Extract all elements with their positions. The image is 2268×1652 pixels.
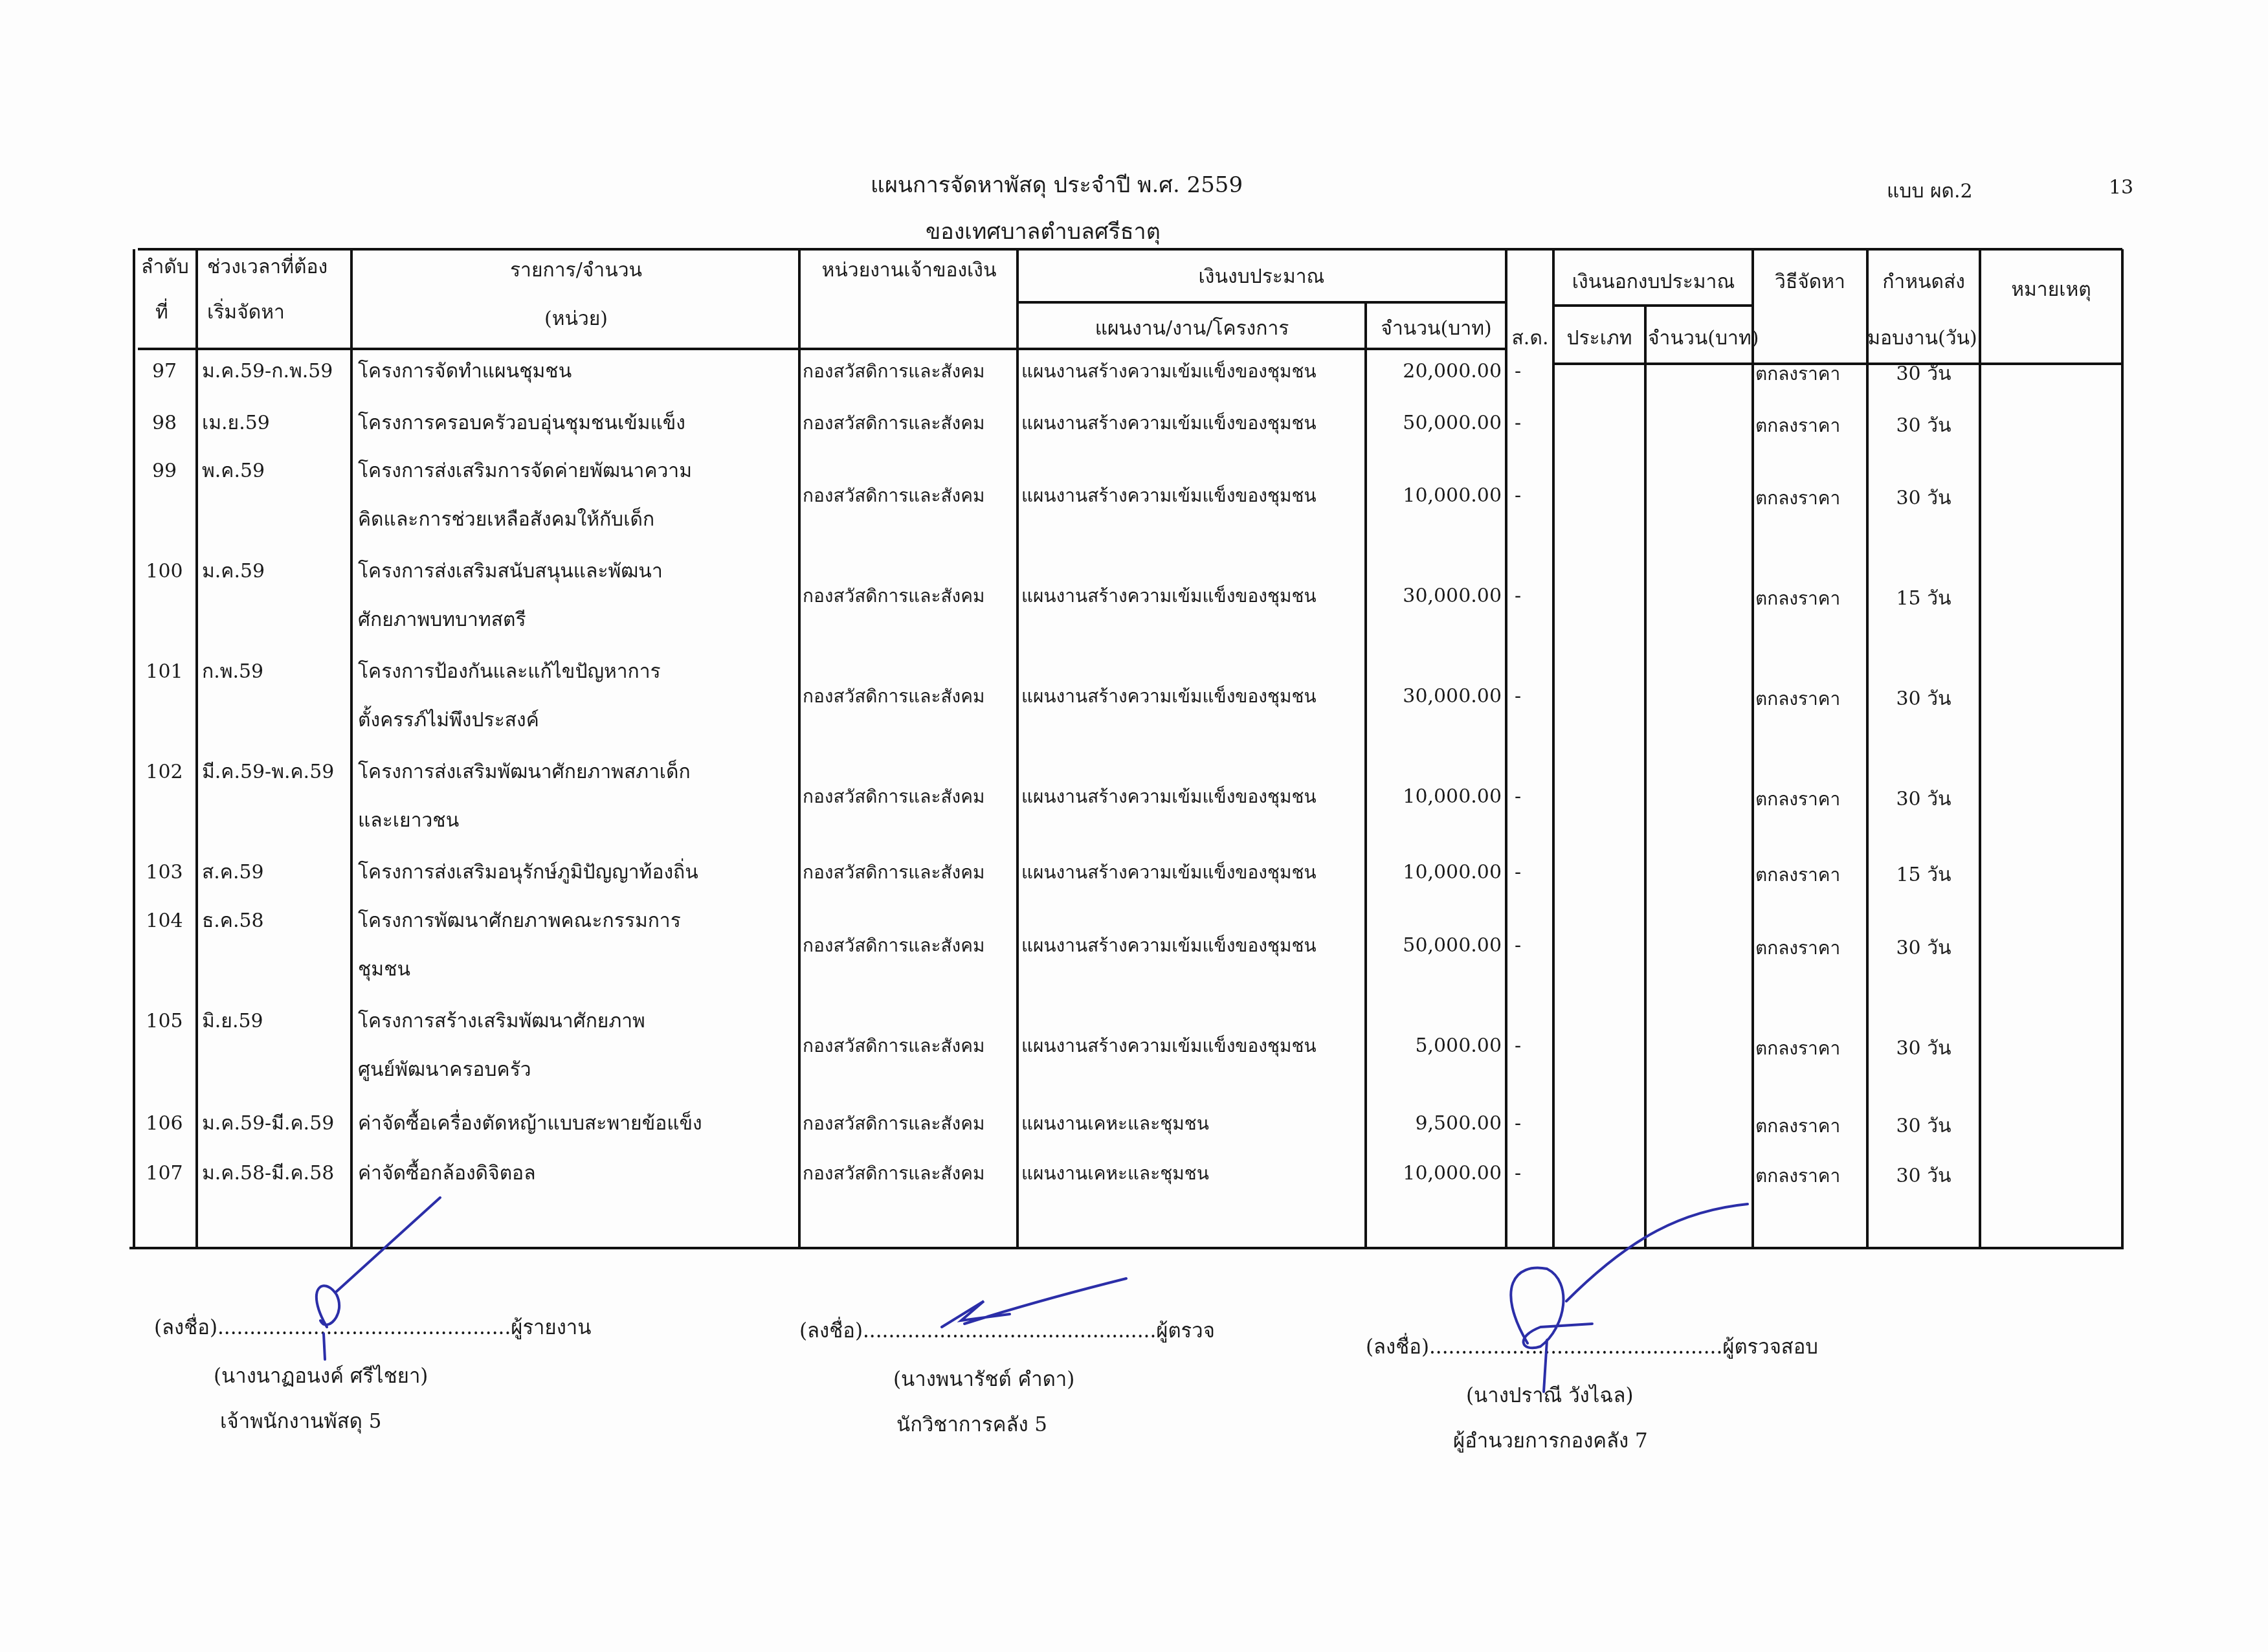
row-method: ตกลงราคา xyxy=(1755,788,1840,811)
header-owner: หน่วยงานเจ้าของเงิน xyxy=(801,259,1017,282)
row-delivery: 30 วัน xyxy=(1869,937,1979,960)
row-item: ค่าจัดซื้อกล้องดิจิตอล xyxy=(358,1162,536,1185)
row-amount: 30,000.00 xyxy=(1367,685,1502,708)
row-item: โครงการป้องกันและแก้ไขปัญหาการ xyxy=(358,660,661,684)
signatory-position: ผู้อำนวยการกองคลัง 7 xyxy=(1453,1424,1648,1457)
row-owner: กองสวัสดิการและสังคม xyxy=(803,785,984,809)
header-period: ช่วงเวลาที่ต้อง xyxy=(207,256,328,279)
row-item: โครงการพัฒนาศักยภาพคณะกรรมการ xyxy=(358,910,681,933)
header-offbudget-amount: จำนวน(บาท) xyxy=(1648,327,1759,350)
row-delivery: 15 วัน xyxy=(1869,587,1979,610)
row-delivery: 15 วัน xyxy=(1869,864,1979,887)
row-sd: - xyxy=(1515,1112,1521,1135)
document-subtitle: ของเทศบาลตำบลศรีธาตุ xyxy=(926,214,1161,249)
row-plan: แผนงานสร้างความเข้มแข็งของชุมชน xyxy=(1021,685,1363,708)
row-sd: - xyxy=(1515,360,1521,383)
row-number: 101 xyxy=(139,660,190,684)
row-owner: กองสวัสดิการและสังคม xyxy=(803,360,984,383)
row-number: 97 xyxy=(139,360,190,383)
signature-role: ผู้รายงาน xyxy=(511,1316,591,1339)
row-number: 106 xyxy=(139,1112,190,1135)
row-item: ชุมชน xyxy=(358,958,410,981)
col-border xyxy=(350,249,353,1249)
header-sd: ส.ด. xyxy=(1507,327,1553,350)
row-period: ก.พ.59 xyxy=(202,660,263,684)
row-amount: 9,500.00 xyxy=(1367,1112,1502,1135)
row-period: ส.ค.59 xyxy=(202,861,264,884)
row-method: ตกลงราคา xyxy=(1755,587,1840,610)
row-item: ศักยภาพบทบาทสตรี xyxy=(358,608,526,632)
row-period: เม.ย.59 xyxy=(202,412,270,435)
signatory-position: นักวิชาการคลัง 5 xyxy=(896,1408,1047,1440)
row-delivery: 30 วัน xyxy=(1869,363,1979,386)
row-method: ตกลงราคา xyxy=(1755,937,1840,960)
row-amount: 10,000.00 xyxy=(1367,861,1502,884)
row-owner: กองสวัสดิการและสังคม xyxy=(803,484,984,508)
header-delivery-2: มอบงาน(วัน) xyxy=(1851,327,1994,350)
row-owner: กองสวัสดิการและสังคม xyxy=(803,1162,984,1185)
row-plan: แผนงานสร้างความเข้มแข็งของชุมชน xyxy=(1021,484,1363,508)
row-method: ตกลงราคา xyxy=(1755,363,1840,386)
header-seq-2: ที่ xyxy=(155,301,168,324)
signature-dots: ........................................… xyxy=(863,1319,1156,1343)
signature-role: ผู้ตรวจสอบ xyxy=(1722,1335,1818,1359)
header-delivery: กำหนดส่ง xyxy=(1869,271,1979,294)
signature-role: ผู้ตรวจ xyxy=(1156,1319,1215,1343)
row-number: 103 xyxy=(139,861,190,884)
row-delivery: 30 วัน xyxy=(1869,1115,1979,1138)
row-amount: 10,000.00 xyxy=(1367,1162,1502,1185)
row-amount: 50,000.00 xyxy=(1367,934,1502,957)
row-item: โครงการส่งเสริมพัฒนาศักยภาพสภาเด็ก xyxy=(358,761,691,784)
signatory-position: เจ้าพนักงานพัสดุ 5 xyxy=(220,1405,381,1437)
table-bottom-border xyxy=(129,1247,2123,1249)
row-plan: แผนงานเคหะและชุมชน xyxy=(1021,1162,1363,1185)
signatory-name: (นางปราณี วังไฉล) xyxy=(1466,1379,1634,1411)
row-method: ตกลงราคา xyxy=(1755,487,1840,510)
col-border xyxy=(1979,249,1981,1249)
row-number: 98 xyxy=(139,412,190,435)
signatory-name: (นางพนารัชต์ คำดา) xyxy=(893,1363,1074,1395)
row-item: ศูนย์พัฒนาครอบครัว xyxy=(358,1058,531,1082)
document-title: แผนการจัดหาพัสดุ ประจำปี พ.ศ. 2559 xyxy=(871,167,1243,202)
signature-sign-label: (ลงชื่อ) xyxy=(154,1316,217,1339)
col-border xyxy=(1364,301,1367,1249)
signatory-name: (นางนาฏอนงค์ ศรีไชยา) xyxy=(214,1359,428,1392)
row-item: โครงการสร้างเสริมพัฒนาศักยภาพ xyxy=(358,1010,645,1033)
row-method: ตกลงราคา xyxy=(1755,1037,1840,1060)
row-number: 104 xyxy=(139,910,190,933)
row-sd: - xyxy=(1515,934,1521,957)
row-amount: 5,000.00 xyxy=(1367,1034,1502,1058)
row-plan: แผนงานสร้างความเข้มแข็งของชุมชน xyxy=(1021,785,1363,809)
header-method: วิธีจัดหา xyxy=(1754,271,1866,294)
row-owner: กองสวัสดิการและสังคม xyxy=(803,685,984,708)
header-item: รายการ/จำนวน xyxy=(353,259,799,282)
row-delivery: 30 วัน xyxy=(1869,1165,1979,1188)
signature-line: (ลงชื่อ)................................… xyxy=(1366,1330,1818,1363)
row-item: ตั้งครรภ์ไม่พึงประสงค์ xyxy=(358,709,539,732)
row-item: และเยาวชน xyxy=(358,809,459,832)
col-border xyxy=(2121,249,2124,1249)
header-offbudget-group: เงินนอกงบประมาณ xyxy=(1555,271,1752,294)
row-amount: 20,000.00 xyxy=(1367,360,1502,383)
row-method: ตกลงราคา xyxy=(1755,1115,1840,1138)
header-item-2: (หน่วย) xyxy=(353,307,799,331)
row-owner: กองสวัสดิการและสังคม xyxy=(803,934,984,957)
col-border xyxy=(133,249,135,1249)
row-delivery: 30 วัน xyxy=(1869,487,1979,510)
row-method: ตกลงราคา xyxy=(1755,864,1840,887)
col-border xyxy=(1552,249,1555,1249)
col-border xyxy=(195,249,198,1249)
signature-sign-label: (ลงชื่อ) xyxy=(799,1319,863,1343)
row-plan: แผนงานสร้างความเข้มแข็งของชุมชน xyxy=(1021,360,1363,383)
header-budget-amount: จำนวน(บาท) xyxy=(1367,317,1506,340)
row-item: คิดและการช่วยเหลือสังคมให้กับเด็ก xyxy=(358,508,654,531)
row-plan: แผนงานสร้างความเข้มแข็งของชุมชน xyxy=(1021,585,1363,608)
row-item: โครงการส่งเสริมอนุรักษ์ภูมิปัญญาท้องถิ่น xyxy=(358,861,698,884)
row-item: โครงการจัดทำแผนชุมชน xyxy=(358,360,572,383)
row-sd: - xyxy=(1515,861,1521,884)
row-number: 100 xyxy=(139,560,190,583)
row-sd: - xyxy=(1515,785,1521,809)
signature-sign-label: (ลงชื่อ) xyxy=(1366,1335,1429,1359)
row-number: 102 xyxy=(139,761,190,784)
row-method: ตกลงราคา xyxy=(1755,1165,1840,1188)
col-border xyxy=(1866,249,1869,1249)
row-sd: - xyxy=(1515,1034,1521,1058)
col-border xyxy=(798,249,801,1249)
row-owner: กองสวัสดิการและสังคม xyxy=(803,412,984,435)
row-delivery: 30 วัน xyxy=(1869,1037,1979,1060)
row-item: ค่าจัดซื้อเครื่องตัดหญ้าแบบสะพายข้อแข็ง xyxy=(358,1112,702,1135)
col-border xyxy=(1751,249,1754,1249)
header-bottom-border-left xyxy=(138,348,1506,350)
row-sd: - xyxy=(1515,412,1521,435)
table-top-border xyxy=(138,248,2122,251)
row-period: พ.ค.59 xyxy=(202,460,265,483)
row-sd: - xyxy=(1515,685,1521,708)
form-code: แบบ ผด.2 xyxy=(1887,176,1973,206)
row-owner: กองสวัสดิการและสังคม xyxy=(803,585,984,608)
row-plan: แผนงานสร้างความเข้มแข็งของชุมชน xyxy=(1021,861,1363,884)
header-seq: ลำดับ xyxy=(141,256,189,279)
row-number: 99 xyxy=(139,460,190,483)
row-owner: กองสวัสดิการและสังคม xyxy=(803,861,984,884)
signature-line: (ลงชื่อ)................................… xyxy=(154,1311,591,1343)
budget-group-divider xyxy=(1018,301,1507,304)
row-plan: แผนงานสร้างความเข้มแข็งของชุมชน xyxy=(1021,412,1363,435)
row-sd: - xyxy=(1515,585,1521,608)
row-delivery: 30 วัน xyxy=(1869,788,1979,811)
row-number: 107 xyxy=(139,1162,190,1185)
row-period: ม.ค.59-ก.พ.59 xyxy=(202,360,333,383)
col-border xyxy=(1016,249,1019,1249)
row-owner: กองสวัสดิการและสังคม xyxy=(803,1034,984,1058)
row-amount: 10,000.00 xyxy=(1367,785,1502,809)
row-plan: แผนงานสร้างความเข้มแข็งของชุมชน xyxy=(1021,934,1363,957)
header-offbudget-type: ประเภท xyxy=(1555,327,1644,350)
row-plan: แผนงานสร้างความเข้มแข็งของชุมชน xyxy=(1021,1034,1363,1058)
row-delivery: 30 วัน xyxy=(1869,687,1979,711)
row-amount: 50,000.00 xyxy=(1367,412,1502,435)
row-sd: - xyxy=(1515,484,1521,508)
row-number: 105 xyxy=(139,1010,190,1033)
row-amount: 10,000.00 xyxy=(1367,484,1502,508)
row-period: ธ.ค.58 xyxy=(202,910,264,933)
row-period: ม.ค.59 xyxy=(202,560,265,583)
signature-dots: ........................................… xyxy=(217,1316,511,1339)
header-budget-group: เงินงบประมาณ xyxy=(1019,265,1504,289)
col-border xyxy=(1505,249,1507,1249)
row-sd: - xyxy=(1515,1162,1521,1185)
row-owner: กองสวัสดิการและสังคม xyxy=(803,1112,984,1135)
row-period: มิ.ย.59 xyxy=(202,1010,263,1033)
row-delivery: 30 วัน xyxy=(1869,414,1979,438)
row-method: ตกลงราคา xyxy=(1755,414,1840,438)
signature-dots: ........................................… xyxy=(1429,1335,1722,1359)
row-amount: 30,000.00 xyxy=(1367,585,1502,608)
page-number: 13 xyxy=(2109,176,2133,199)
signature-line: (ลงชื่อ)................................… xyxy=(799,1314,1215,1346)
offbudget-group-divider xyxy=(1553,304,1754,307)
row-item: โครงการครอบครัวอบอุ่นชุมชนเข้มแข็ง xyxy=(358,412,685,435)
header-budget-plan: แผนงาน/งาน/โครงการ xyxy=(1019,317,1365,340)
row-item: โครงการส่งเสริมการจัดค่ายพัฒนาความ xyxy=(358,460,692,483)
row-plan: แผนงานเคหะและชุมชน xyxy=(1021,1112,1363,1135)
header-remark: หมายเหตุ xyxy=(1981,278,2121,302)
row-period: ม.ค.59-มี.ค.59 xyxy=(202,1112,334,1135)
col-border xyxy=(1644,304,1647,1249)
header-period-2: เริ่มจัดหา xyxy=(207,301,285,324)
row-method: ตกลงราคา xyxy=(1755,687,1840,711)
row-item: โครงการส่งเสริมสนับสนุนและพัฒนา xyxy=(358,560,663,583)
row-period: ม.ค.58-มี.ค.58 xyxy=(202,1162,334,1185)
row-period: มี.ค.59-พ.ค.59 xyxy=(202,761,334,784)
